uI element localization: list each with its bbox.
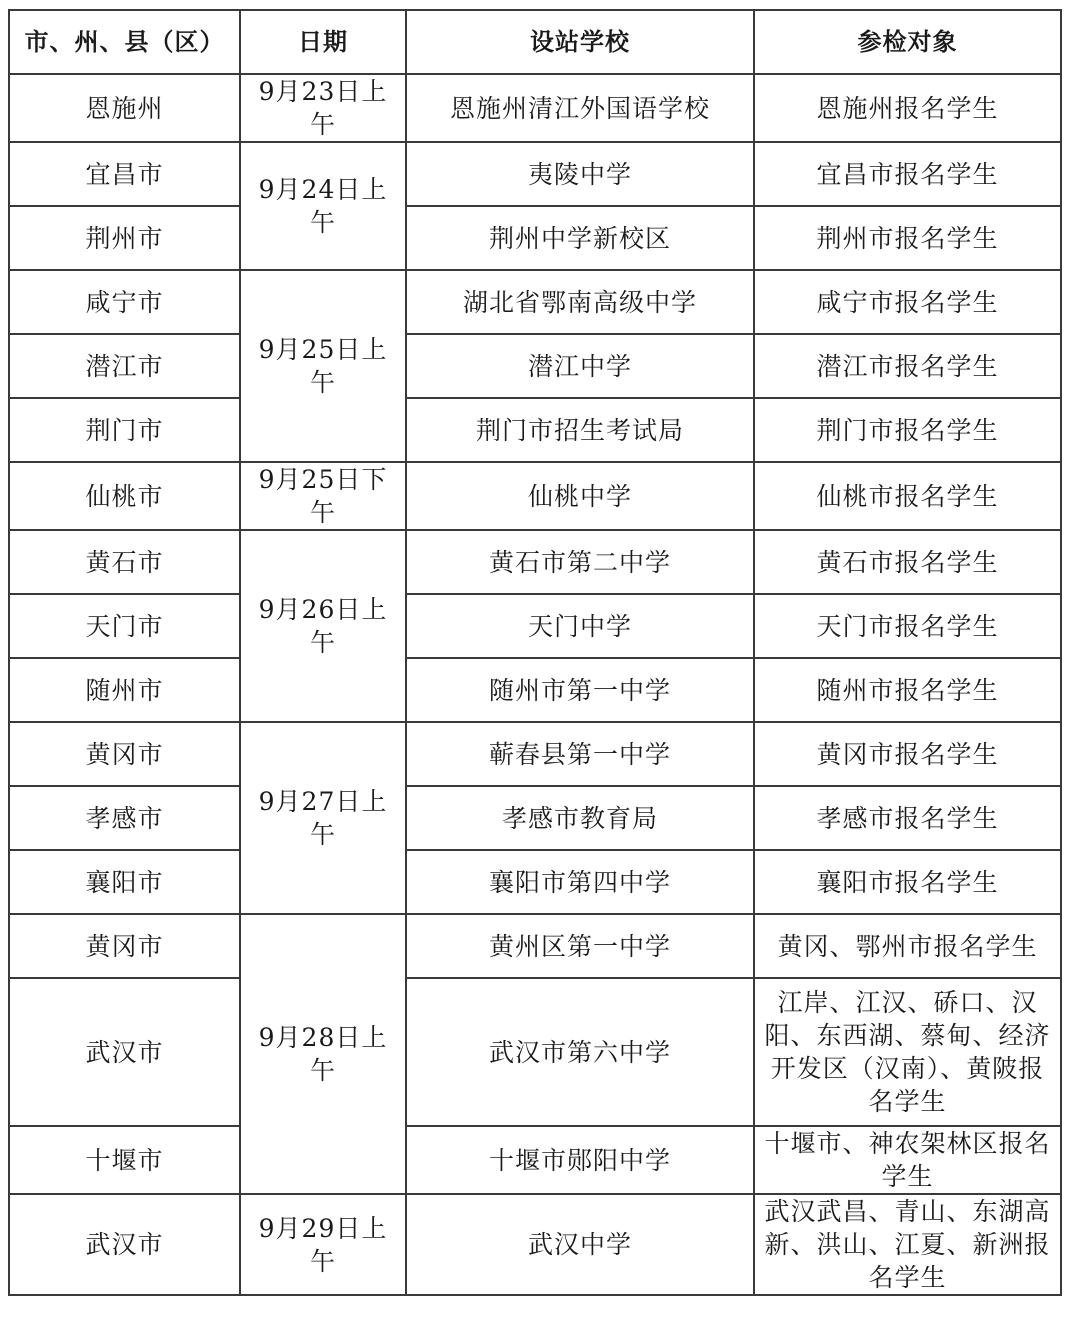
cell-date: 9月25日上午 [240,270,406,462]
table-row: 孝感市 孝感市教育局 孝感市报名学生 [9,786,1061,850]
table-row: 襄阳市 襄阳市第四中学 襄阳市报名学生 [9,850,1061,914]
table-row: 黄冈市 9月28日上午 黄州区第一中学 黄冈、鄂州市报名学生 [9,914,1061,978]
cell-target: 宜昌市报名学生 [754,142,1061,206]
cell-school: 仙桃中学 [406,462,754,530]
cell-target: 荆门市报名学生 [754,398,1061,462]
cell-school: 黄州区第一中学 [406,914,754,978]
cell-date: 9月25日下午 [240,462,406,530]
cell-region: 荆门市 [9,398,240,462]
cell-region: 宜昌市 [9,142,240,206]
table-row: 十堰市 十堰市郧阳中学 十堰市、神农架林区报名学生 [9,1126,1061,1194]
cell-region: 黄冈市 [9,722,240,786]
cell-date: 9月24日上午 [240,142,406,270]
cell-school: 荆门市招生考试局 [406,398,754,462]
cell-target: 随州市报名学生 [754,658,1061,722]
cell-region: 荆州市 [9,206,240,270]
header-region: 市、州、县（区） [9,10,240,74]
cell-target: 十堰市、神农架林区报名学生 [754,1126,1061,1194]
cell-school: 黄石市第二中学 [406,530,754,594]
cell-region: 恩施州 [9,74,240,142]
cell-school: 十堰市郧阳中学 [406,1126,754,1194]
cell-target: 仙桃市报名学生 [754,462,1061,530]
cell-region: 潜江市 [9,334,240,398]
cell-region: 咸宁市 [9,270,240,334]
cell-region: 黄石市 [9,530,240,594]
cell-school: 武汉中学 [406,1194,754,1295]
cell-target: 黄冈市报名学生 [754,722,1061,786]
table-row: 荆州市 荆州中学新校区 荆州市报名学生 [9,206,1061,270]
table-row: 天门市 天门中学 天门市报名学生 [9,594,1061,658]
cell-school: 孝感市教育局 [406,786,754,850]
cell-school: 武汉市第六中学 [406,978,754,1126]
cell-target: 黄冈、鄂州市报名学生 [754,914,1061,978]
header-date: 日期 [240,10,406,74]
cell-target: 天门市报名学生 [754,594,1061,658]
cell-school: 天门中学 [406,594,754,658]
cell-school: 襄阳市第四中学 [406,850,754,914]
header-row: 市、州、县（区） 日期 设站学校 参检对象 [9,10,1061,74]
cell-target: 江岸、江汉、硚口、汉阳、东西湖、蔡甸、经济开发区（汉南）、黄陂报名学生 [754,978,1061,1126]
cell-region: 仙桃市 [9,462,240,530]
cell-school: 荆州中学新校区 [406,206,754,270]
table-row: 武汉市 9月29日上午 武汉中学 武汉武昌、青山、东湖高新、洪山、江夏、新洲报名… [9,1194,1061,1295]
cell-date: 9月23日上午 [240,74,406,142]
cell-target: 恩施州报名学生 [754,74,1061,142]
cell-region: 武汉市 [9,1194,240,1295]
cell-school: 恩施州清江外国语学校 [406,74,754,142]
cell-school: 蕲春县第一中学 [406,722,754,786]
cell-region: 天门市 [9,594,240,658]
cell-target: 襄阳市报名学生 [754,850,1061,914]
table-row: 宜昌市 9月24日上午 夷陵中学 宜昌市报名学生 [9,142,1061,206]
table-row: 仙桃市 9月25日下午 仙桃中学 仙桃市报名学生 [9,462,1061,530]
cell-target: 孝感市报名学生 [754,786,1061,850]
cell-region: 黄冈市 [9,914,240,978]
cell-date: 9月28日上午 [240,914,406,1194]
table-row: 随州市 随州市第一中学 随州市报名学生 [9,658,1061,722]
cell-target: 黄石市报名学生 [754,530,1061,594]
cell-school: 潜江中学 [406,334,754,398]
cell-region: 十堰市 [9,1126,240,1194]
cell-target: 潜江市报名学生 [754,334,1061,398]
cell-target: 咸宁市报名学生 [754,270,1061,334]
inspection-schedule-table: 市、州、县（区） 日期 设站学校 参检对象 恩施州 9月23日上午 恩施州清江外… [8,9,1062,1296]
header-target: 参检对象 [754,10,1061,74]
cell-date: 9月29日上午 [240,1194,406,1295]
table-row: 恩施州 9月23日上午 恩施州清江外国语学校 恩施州报名学生 [9,74,1061,142]
table-row: 潜江市 潜江中学 潜江市报名学生 [9,334,1061,398]
cell-region: 孝感市 [9,786,240,850]
cell-school: 湖北省鄂南高级中学 [406,270,754,334]
header-school: 设站学校 [406,10,754,74]
cell-region: 襄阳市 [9,850,240,914]
table-row: 武汉市 武汉市第六中学 江岸、江汉、硚口、汉阳、东西湖、蔡甸、经济开发区（汉南）… [9,978,1061,1126]
cell-date: 9月27日上午 [240,722,406,914]
cell-target: 武汉武昌、青山、东湖高新、洪山、江夏、新洲报名学生 [754,1194,1061,1295]
table-row: 荆门市 荆门市招生考试局 荆门市报名学生 [9,398,1061,462]
cell-school: 随州市第一中学 [406,658,754,722]
table-row: 黄冈市 9月27日上午 蕲春县第一中学 黄冈市报名学生 [9,722,1061,786]
table-row: 咸宁市 9月25日上午 湖北省鄂南高级中学 咸宁市报名学生 [9,270,1061,334]
cell-region: 武汉市 [9,978,240,1126]
cell-target: 荆州市报名学生 [754,206,1061,270]
cell-date: 9月26日上午 [240,530,406,722]
table-row: 黄石市 9月26日上午 黄石市第二中学 黄石市报名学生 [9,530,1061,594]
cell-region: 随州市 [9,658,240,722]
cell-school: 夷陵中学 [406,142,754,206]
